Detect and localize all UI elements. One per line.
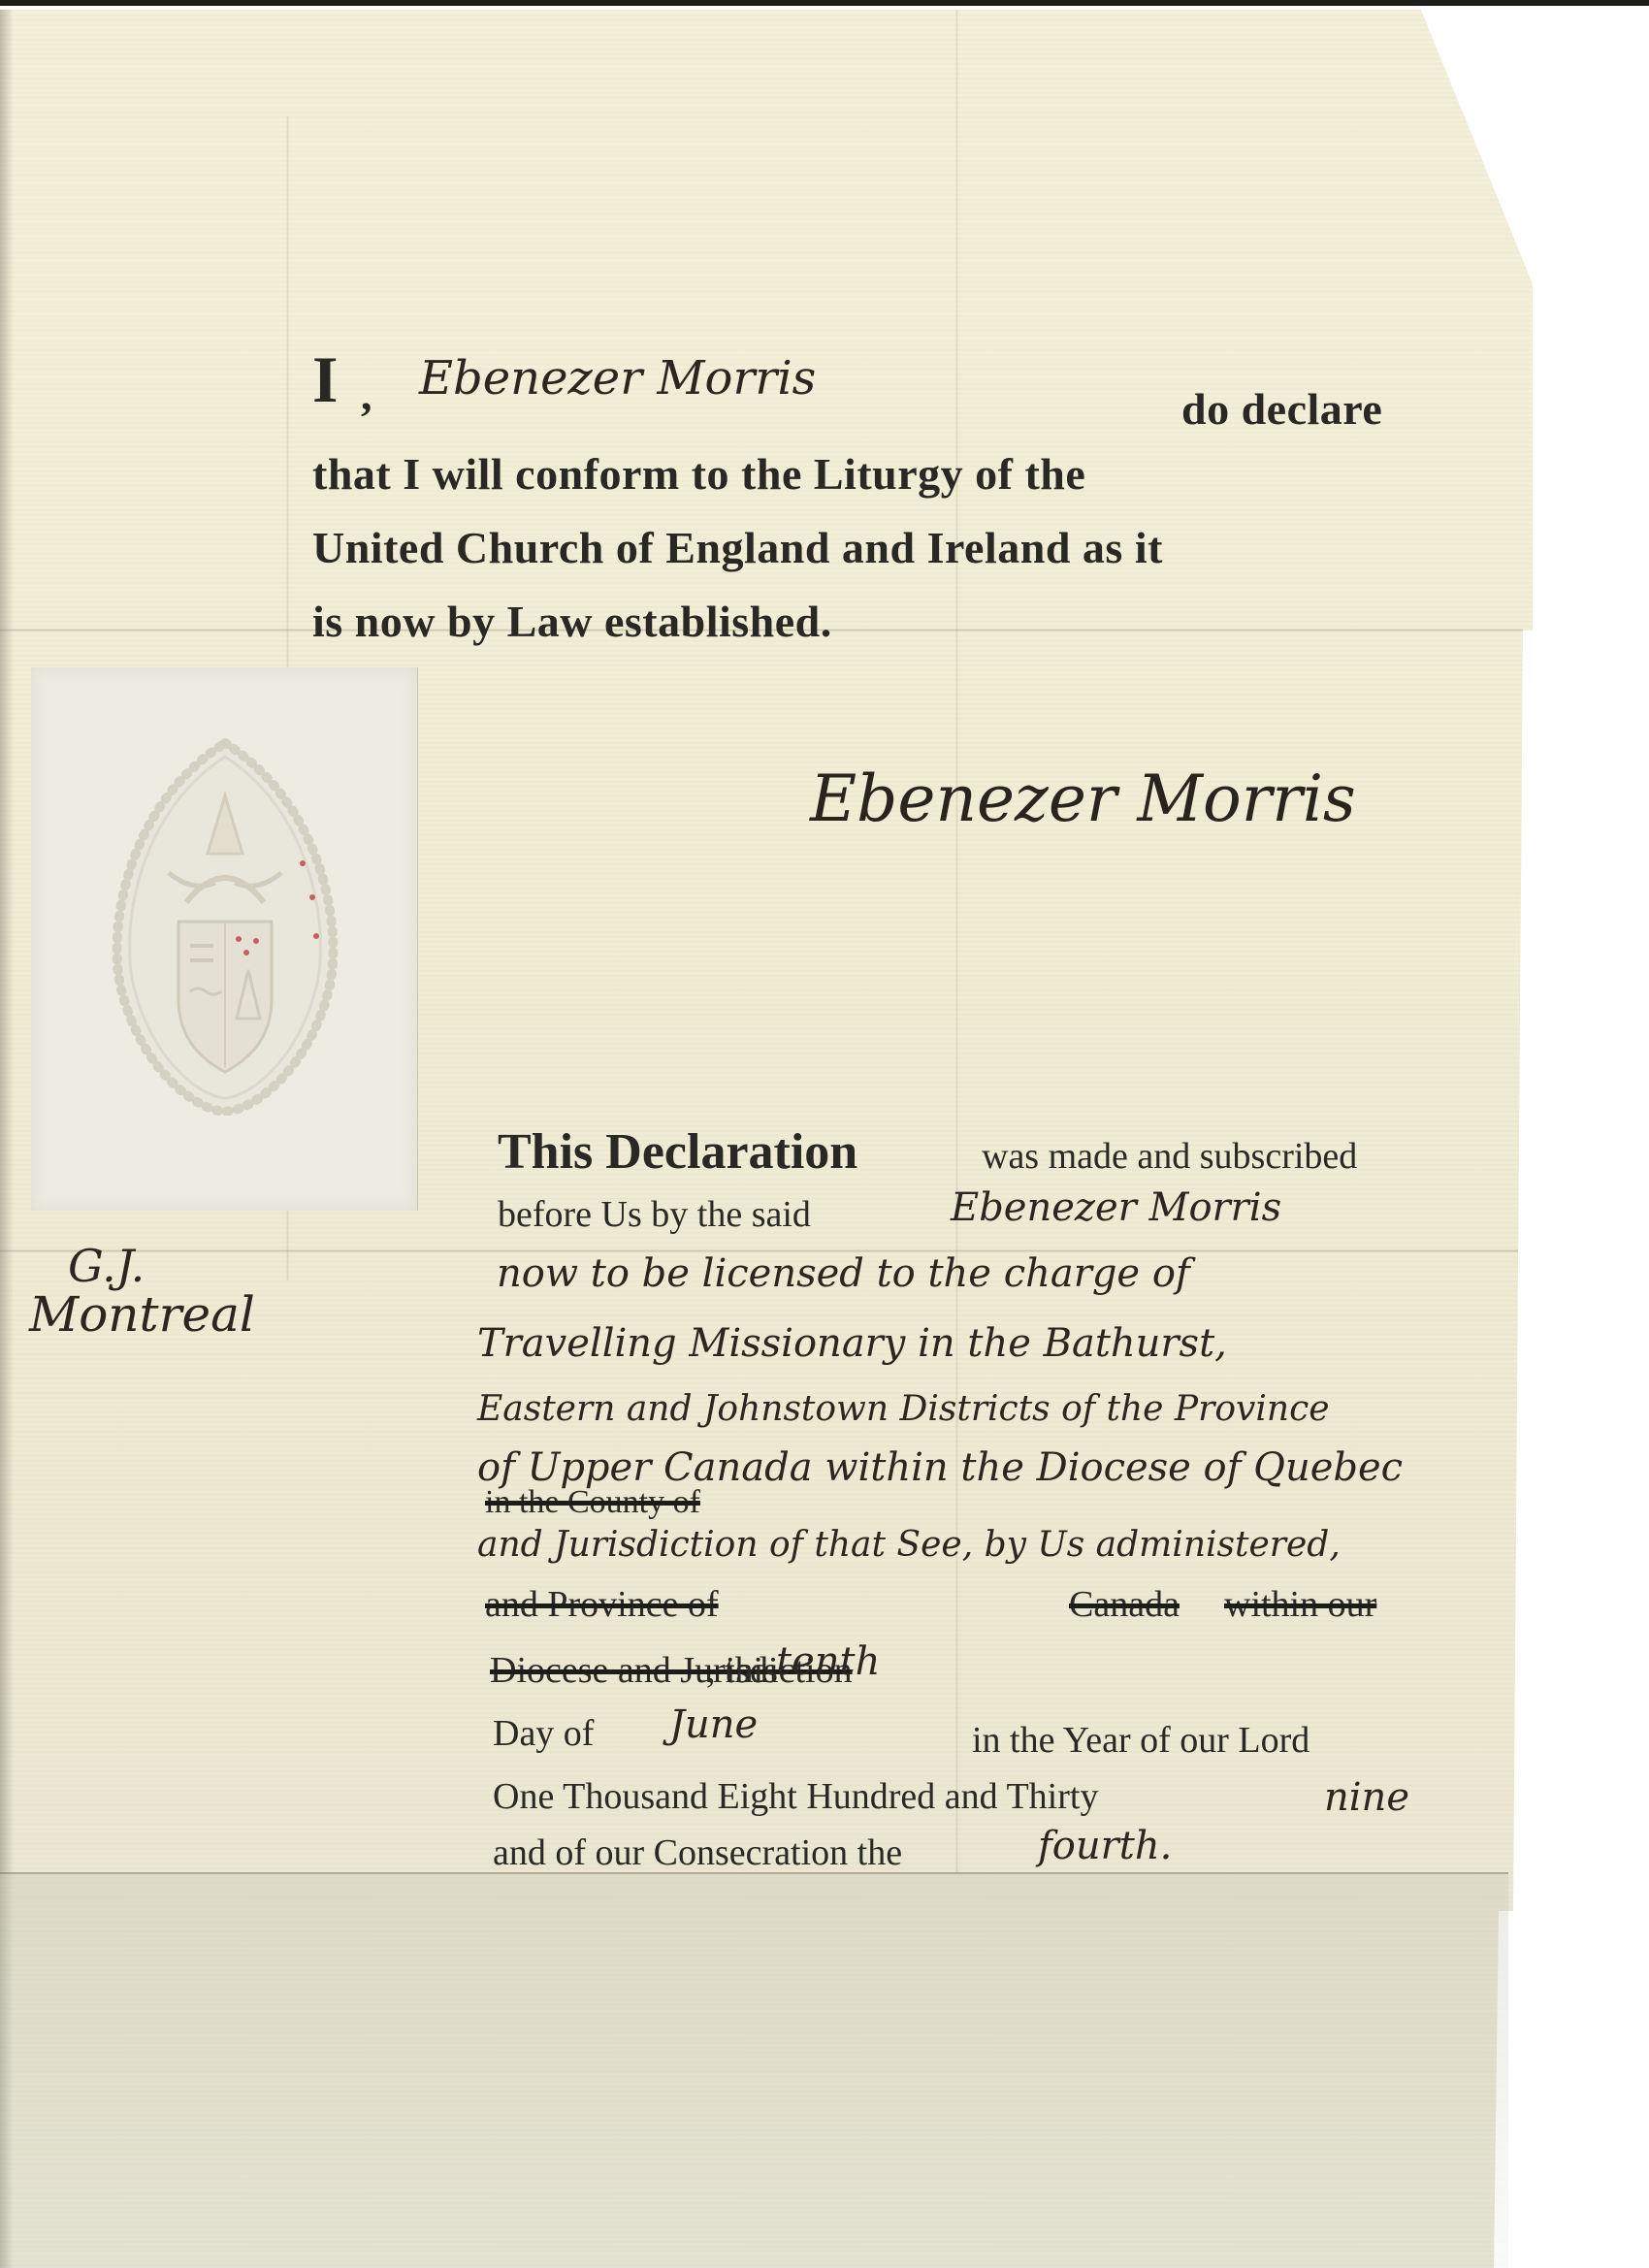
attestation-hand-line: and Jurisdiction of that See, by Us admi… — [477, 1525, 1341, 1565]
bishop-signature-initials: G.J. — [68, 1240, 294, 1292]
vertical-fold — [955, 10, 958, 1872]
attestation-before-us: before Us by the said — [498, 1193, 811, 1236]
month-handwritten: June — [669, 1702, 758, 1747]
declaration-line1-tail: do declare — [1181, 383, 1382, 435]
seal-card — [31, 667, 418, 1211]
declarant-name-handwritten: Ebenezer Morris — [419, 351, 816, 405]
struck-county: in the County of — [485, 1484, 700, 1521]
struck-within-our: within our — [1224, 1583, 1376, 1626]
declaration-line2: that I will conform to the Liturgy of th… — [312, 448, 1085, 500]
consecration-label: and of our Consecration the — [493, 1831, 902, 1874]
scan-top-border — [0, 0, 1649, 6]
bishop-signature-see: Montreal — [29, 1286, 255, 1343]
episcopal-seal-icon — [101, 737, 349, 1116]
bishop-signature: G.J. Montreal — [29, 1240, 255, 1348]
declaration-comma: , — [361, 369, 372, 420]
attestation-hand-line: Travelling Missionary in the Bathurst, — [477, 1321, 1227, 1366]
attestation-hand-line: Eastern and Johnstown Districts of the P… — [477, 1389, 1330, 1429]
declaration-initial: I — [312, 341, 338, 418]
this-label: , this — [706, 1649, 778, 1692]
lower-folded-panel — [0, 1872, 1508, 2268]
consecration-handwritten: fourth. — [1038, 1824, 1172, 1868]
day-of-label: Day of — [493, 1712, 594, 1755]
day-handwritten: tenth — [776, 1639, 880, 1684]
year-label: in the Year of our Lord — [972, 1719, 1309, 1762]
attestation-hand-line: now to be licensed to the charge of — [497, 1251, 1190, 1296]
year-print: One Thousand Eight Hundred and Thirty — [493, 1775, 1098, 1818]
declaration-line4: is now by Law established. — [312, 596, 832, 647]
declaration-line3: United Church of England and Ireland as … — [312, 522, 1163, 573]
attestation-heading: This Declaration — [498, 1123, 857, 1181]
declarant-signature: Ebenezer Morris — [810, 761, 1356, 836]
attestation-name-handwritten: Ebenezer Morris — [951, 1185, 1281, 1230]
struck-canada: Canada — [1069, 1583, 1180, 1626]
attestation-heading-tail: was made and subscribed — [982, 1135, 1357, 1178]
year-handwritten: nine — [1324, 1775, 1409, 1820]
struck-province: and Province of — [485, 1583, 719, 1626]
